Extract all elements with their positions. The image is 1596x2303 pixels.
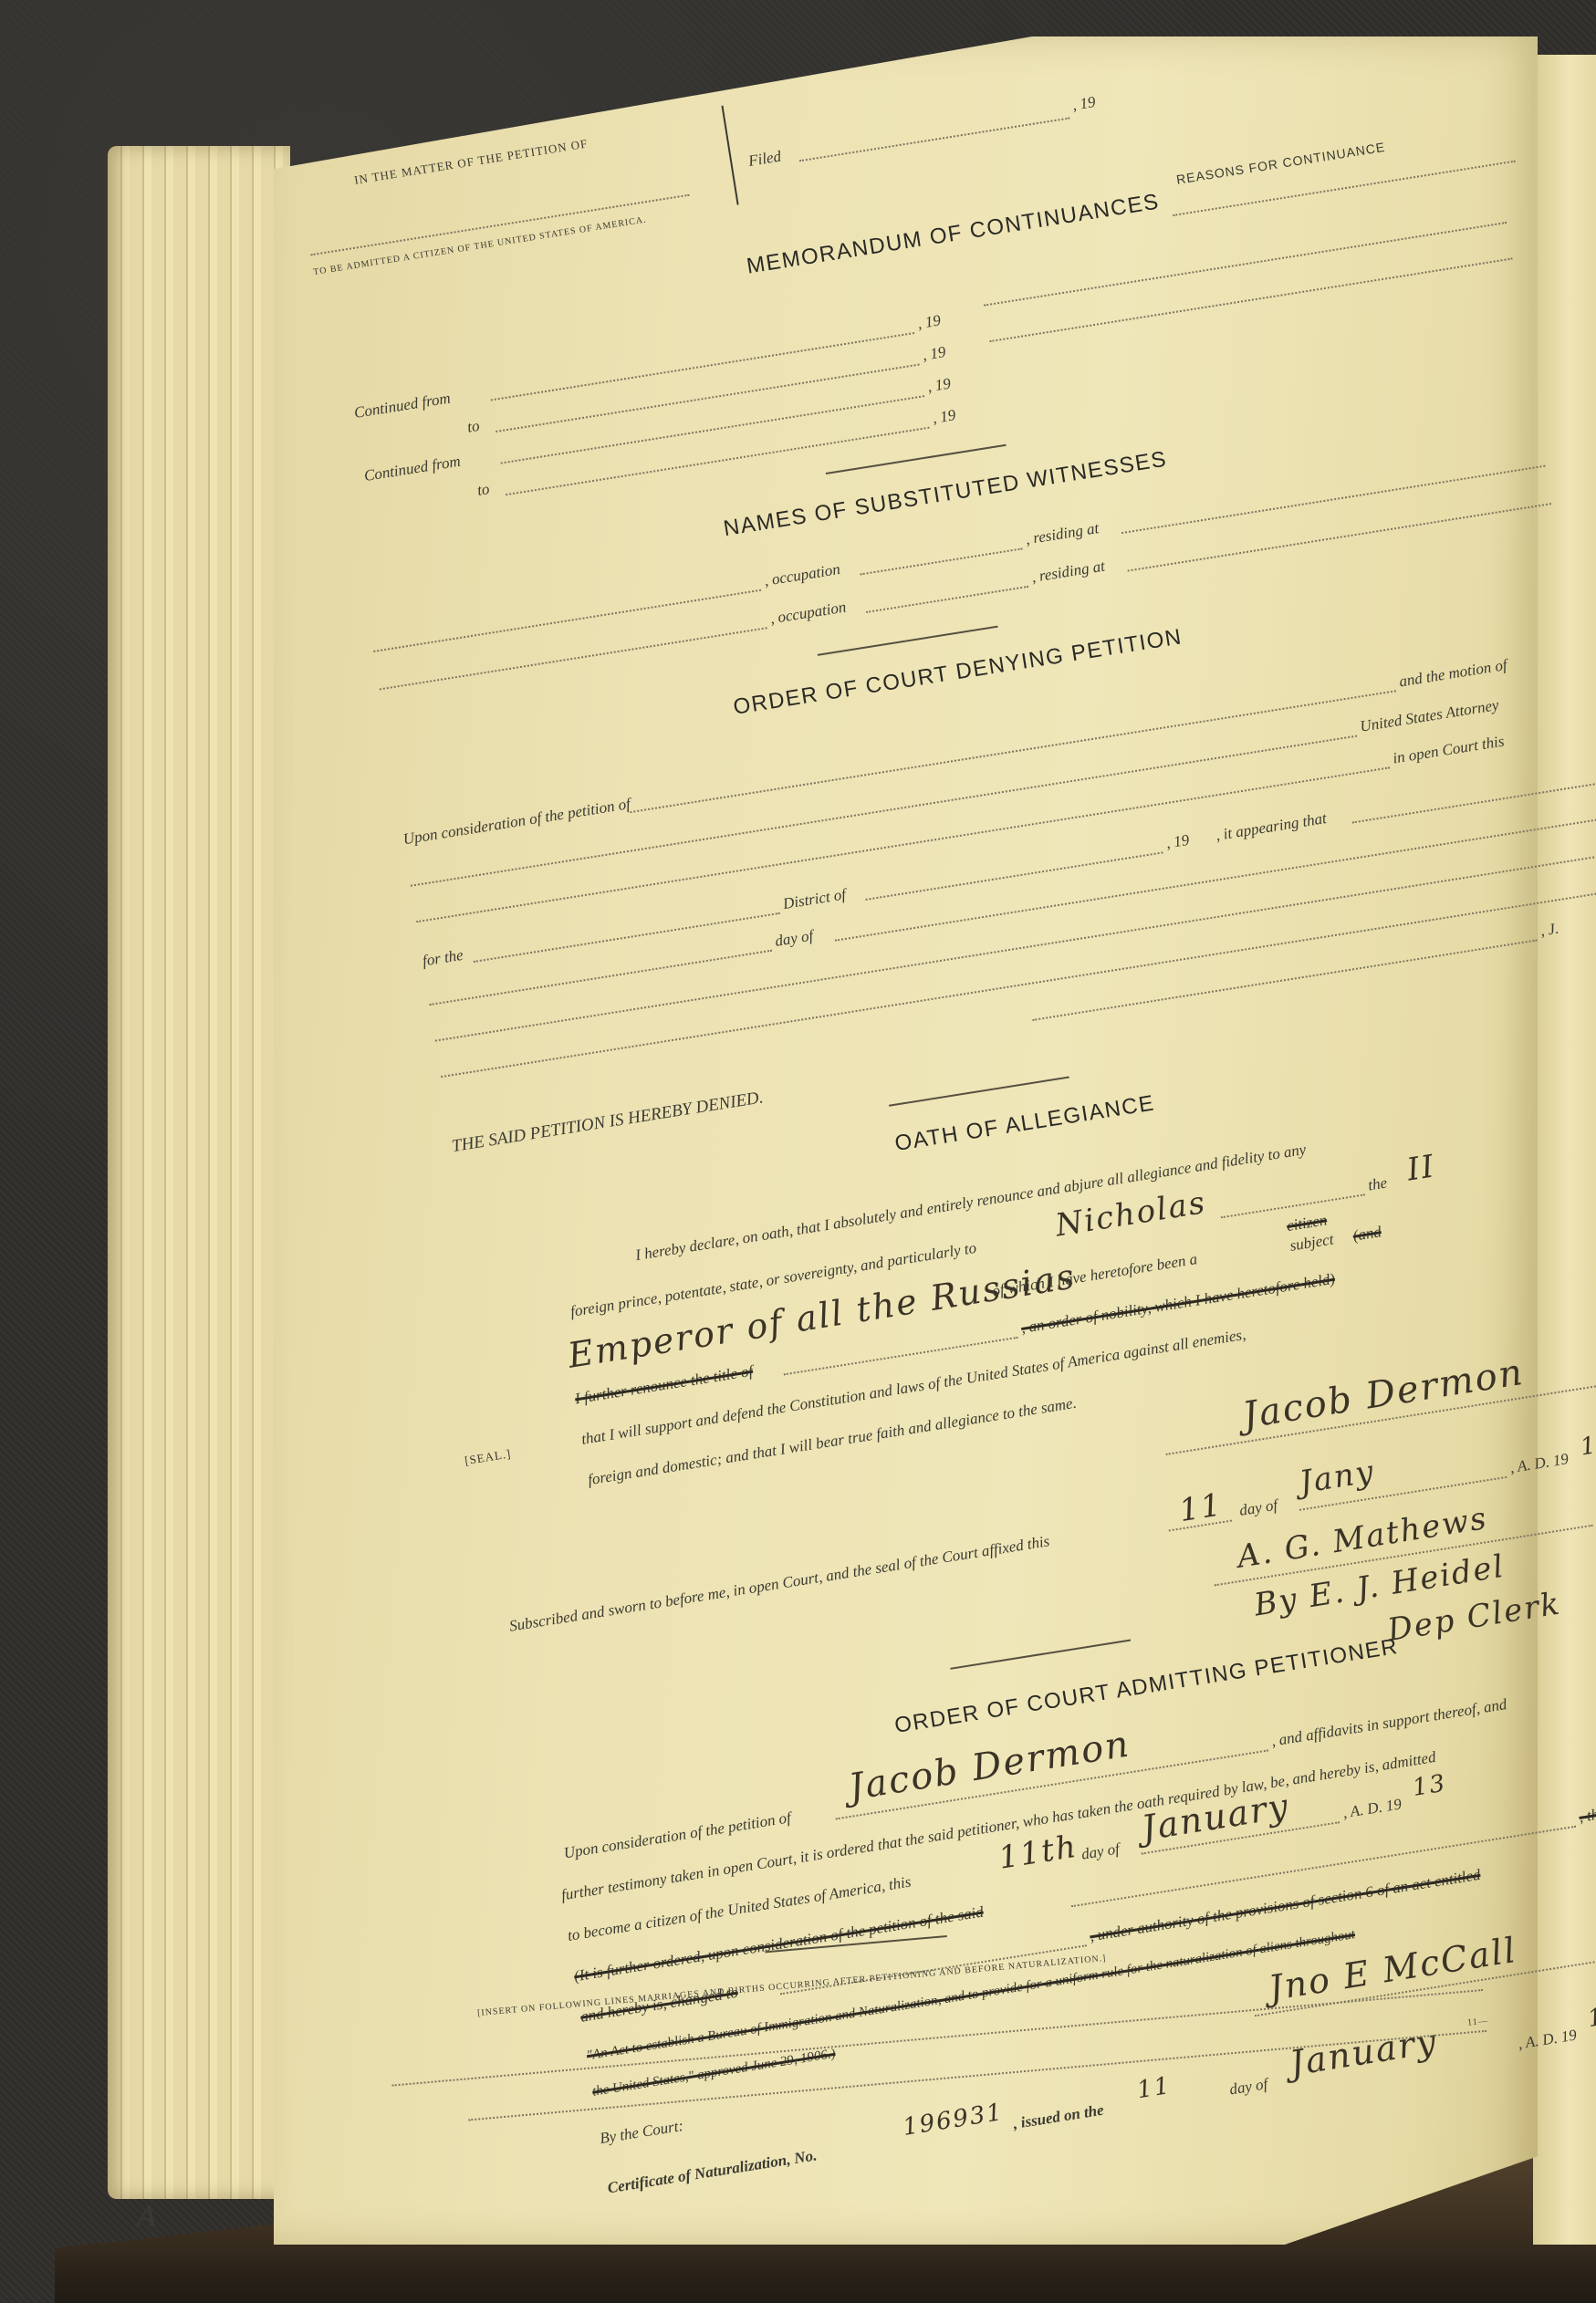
residing-label-1: , residing at bbox=[1024, 519, 1100, 548]
admission-year: 13 bbox=[1411, 1770, 1448, 1802]
section-divider-4 bbox=[950, 1640, 1131, 1670]
to-year-2: , 19 bbox=[931, 406, 956, 428]
admission-petitioner: Jacob Dermon bbox=[846, 1723, 1133, 1808]
the-label: the bbox=[1367, 1174, 1389, 1195]
denial-motion-label: and the motion of bbox=[1398, 656, 1508, 691]
ordinal-handwritten: II bbox=[1404, 1148, 1438, 1188]
sworn-year: 13 bbox=[1579, 1429, 1596, 1461]
continued-from-label-2: Continued from bbox=[363, 453, 462, 485]
for-the-label: for the bbox=[422, 946, 464, 971]
section-divider-2 bbox=[818, 626, 998, 656]
continuances-title: MEMORANDUM OF CONTINUANCES bbox=[745, 189, 1161, 279]
denial-year-label: , 19 bbox=[1164, 831, 1190, 853]
witness-name-line-2 bbox=[380, 627, 767, 690]
residing-label-2: , residing at bbox=[1030, 558, 1106, 587]
to-line-1 bbox=[495, 364, 920, 432]
sworn-ad: , A. D. 19 bbox=[1508, 1450, 1570, 1477]
section-divider-1 bbox=[826, 444, 1007, 474]
occupation-label-2: , occupation bbox=[769, 598, 848, 628]
sovereign-line bbox=[1221, 1193, 1365, 1218]
filed-label: Filed bbox=[747, 148, 783, 171]
occupation-line-2 bbox=[866, 586, 1028, 613]
admission-day-of: day of bbox=[1080, 1839, 1121, 1863]
page-stack bbox=[108, 146, 290, 2199]
denial-line-7 bbox=[441, 889, 1596, 1078]
witnesses-title: NAMES OF SUBSTITUTED WITNESSES bbox=[722, 447, 1169, 543]
petition-label: In the matter of the petition of bbox=[353, 136, 589, 187]
residing-line-2 bbox=[1128, 503, 1552, 571]
filed-line bbox=[799, 117, 1070, 162]
admission-affidavits: , and affidavits in support thereof, and bbox=[1270, 1695, 1508, 1751]
denial-court-label: in open Court this bbox=[1392, 732, 1506, 767]
residing-line-1 bbox=[1121, 465, 1546, 534]
denial-title: ORDER OF COURT DENYING PETITION bbox=[732, 624, 1184, 721]
denial-line-6 bbox=[435, 853, 1596, 1042]
filed-year: , 19 bbox=[1071, 93, 1097, 115]
sworn-text: Subscribed and sworn to before me, in op… bbox=[508, 1532, 1051, 1635]
denied-text: THE SAID PETITION IS HEREBY DENIED. bbox=[451, 1088, 765, 1157]
judge-line bbox=[1032, 939, 1537, 1021]
section-divider-3 bbox=[889, 1076, 1069, 1106]
to-line-2 bbox=[506, 427, 930, 495]
sworn-day-of: day of bbox=[1238, 1496, 1279, 1520]
occupation-line-1 bbox=[861, 547, 1023, 575]
to-label-1: to bbox=[466, 417, 481, 437]
denial-court-line bbox=[416, 766, 1390, 922]
denial-line-5a bbox=[429, 950, 772, 1006]
continued-year-1: , 19 bbox=[916, 311, 942, 333]
admission-day: 11th bbox=[996, 1829, 1080, 1877]
admission-ad: , A. D. 19 bbox=[1341, 1795, 1403, 1822]
district-label: District of bbox=[782, 885, 848, 913]
continued-line-1 bbox=[491, 332, 915, 401]
continued-from-label-1: Continued from bbox=[353, 390, 452, 422]
appearing-line bbox=[1352, 782, 1596, 824]
appearing-label: , it appearing that bbox=[1215, 809, 1328, 845]
day-of-label: day of bbox=[774, 927, 815, 951]
denial-petition-label: Upon consideration of the petition of bbox=[402, 795, 631, 849]
denial-attorney-label: United States Attorney bbox=[1359, 696, 1500, 736]
form-code: 11— bbox=[1467, 2016, 1489, 2028]
name-change-struck-1-end: , that his name be bbox=[1578, 1791, 1596, 1827]
petitioner-signature: Jacob Dermon bbox=[1240, 1351, 1528, 1437]
reasons-line-2 bbox=[984, 222, 1507, 307]
oath-title: OATH OF ALLEGIANCE bbox=[893, 1090, 1157, 1157]
continued-year-2: , 19 bbox=[926, 375, 952, 397]
sworn-month: Jany bbox=[1297, 1454, 1377, 1501]
district-line bbox=[865, 851, 1163, 901]
to-label-2: to bbox=[476, 480, 491, 500]
header-brace bbox=[721, 106, 738, 205]
and-struck: (and bbox=[1351, 1223, 1382, 1245]
continued-line-2 bbox=[501, 395, 925, 464]
occupation-label-1: , occupation bbox=[763, 560, 841, 590]
to-year-1: , 19 bbox=[921, 343, 946, 365]
judge-suffix: , J. bbox=[1539, 920, 1559, 941]
witness-name-line-1 bbox=[373, 589, 761, 652]
reasons-label: REASONS FOR CONTINUANCE bbox=[1175, 140, 1386, 187]
issued-day: 11 bbox=[1135, 2072, 1173, 2104]
name-change-struck-2-end: , under authority of the provisions of s… bbox=[1089, 1866, 1482, 1946]
reasons-line-3 bbox=[989, 257, 1512, 342]
corner-mark: A bbox=[137, 2199, 158, 2234]
